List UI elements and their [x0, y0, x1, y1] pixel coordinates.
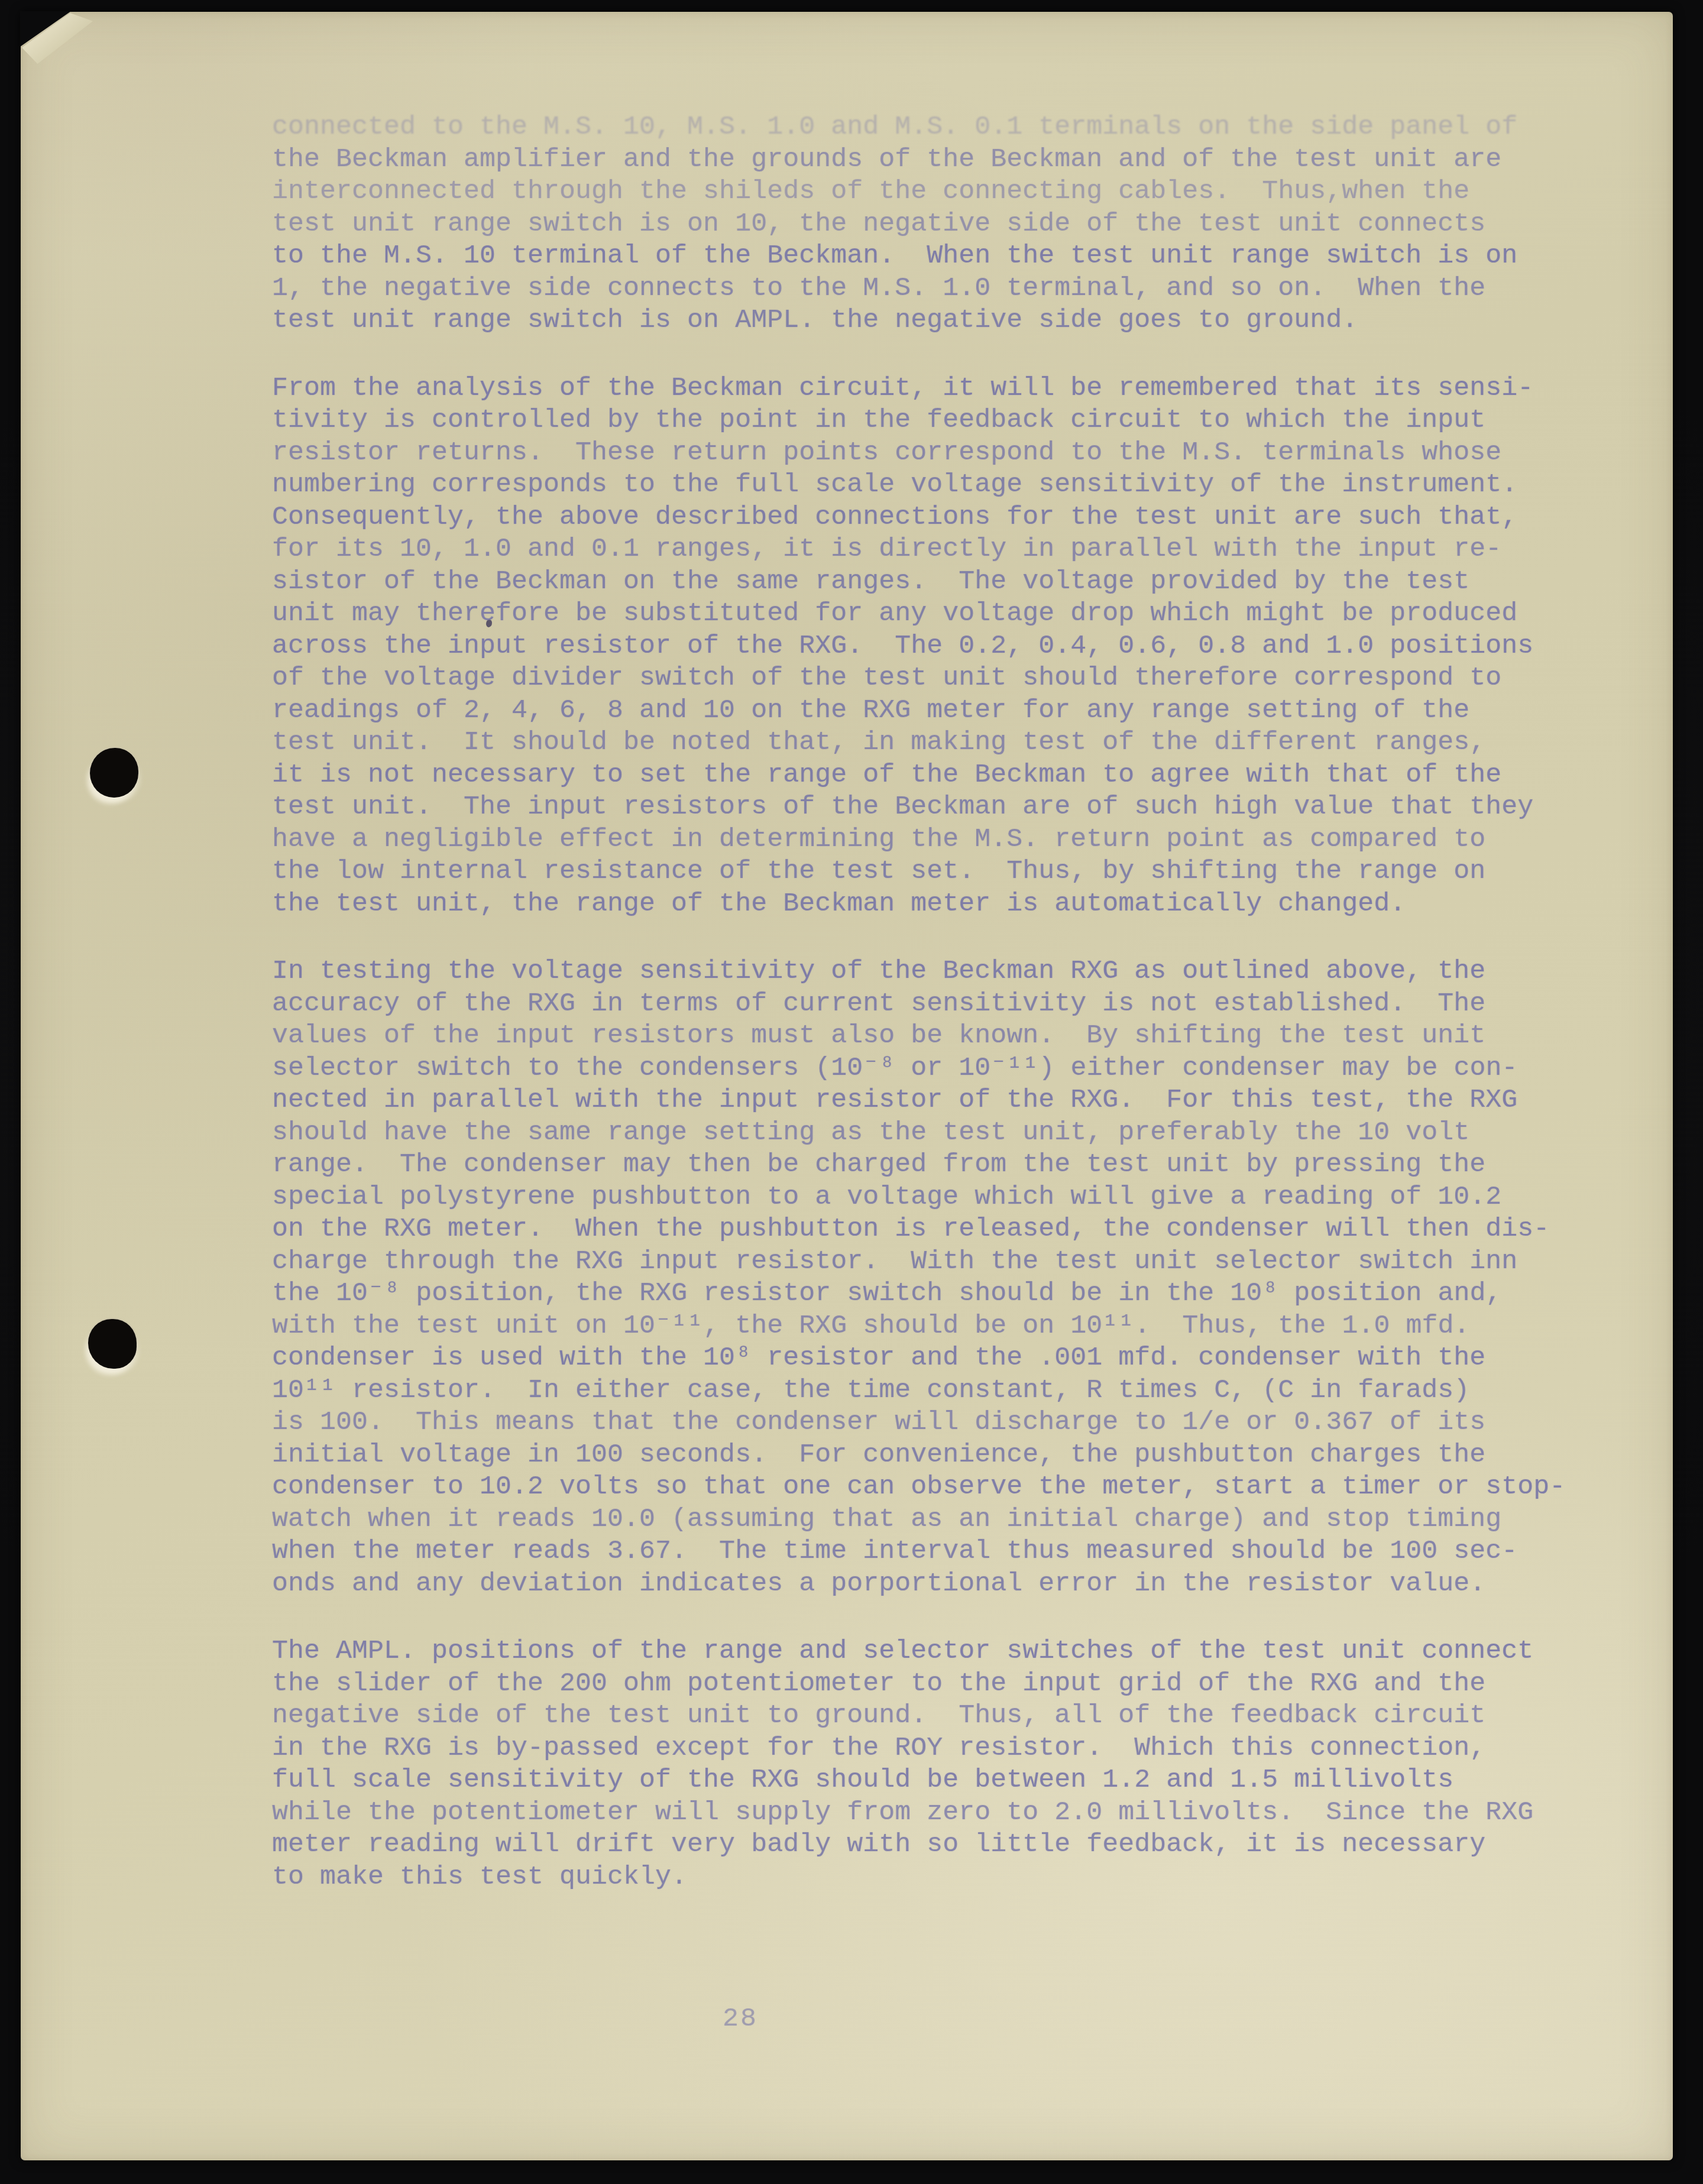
text-line: is 100. This means that the condenser wi… [272, 1407, 1610, 1439]
text-line: test unit range switch is on 10, the neg… [272, 208, 1610, 241]
text-line: it is not necessary to set the range of … [272, 759, 1610, 792]
text-line: From the analysis of the Beckman circuit… [272, 372, 1610, 405]
text-line: interconnected through the shileds of th… [272, 176, 1610, 208]
text-line: accuracy of the RXG in terms of current … [272, 988, 1610, 1020]
document-page: connected to the M.S. 10, M.S. 1.0 and M… [21, 12, 1673, 2160]
text-line: the Beckman amplifier and the grounds of… [272, 144, 1610, 176]
text-line: resistor returns. These return points co… [272, 437, 1610, 469]
text-line: in the RXG is by-passed except for the R… [272, 1732, 1610, 1765]
text-line: on the RXG meter. When the pushbutton is… [272, 1213, 1610, 1246]
text-line: test unit. The input resistors of the Be… [272, 791, 1610, 824]
text-line: the 10⁻⁸ position, the RXG resistor swit… [272, 1278, 1610, 1310]
text-line: initial voltage in 100 seconds. For conv… [272, 1439, 1610, 1472]
text-line: condenser to 10.2 volts so that one can … [272, 1471, 1610, 1503]
text-line: readings of 2, 4, 6, 8 and 10 on the RXG… [272, 695, 1610, 727]
text-line: range. The condenser may then be charged… [272, 1149, 1610, 1181]
punch-hole-bottom [88, 1319, 137, 1369]
text-line: charge through the RXG input resistor. W… [272, 1246, 1610, 1278]
text-line: of the voltage divider switch of the tes… [272, 662, 1610, 695]
text-line: negative side of the test unit to ground… [272, 1700, 1610, 1732]
punch-hole-top [90, 748, 138, 798]
paragraph: In testing the voltage sensitivity of th… [272, 955, 1610, 1600]
text-line: should have the same range setting as th… [272, 1117, 1610, 1149]
text-line: across the input resistor of the RXG. Th… [272, 630, 1610, 663]
text-line: watch when it reads 10.0 (assuming that … [272, 1503, 1610, 1536]
text-line: while the potentiometer will supply from… [272, 1797, 1610, 1829]
text-line: the test unit, the range of the Beckman … [272, 888, 1610, 921]
text-line: when the meter reads 3.67. The time inte… [272, 1535, 1610, 1568]
page-number: 28 [723, 2003, 758, 2035]
text-line: Consequently, the above described connec… [272, 501, 1610, 534]
text-line: meter reading will drift very badly with… [272, 1829, 1610, 1861]
text-line: test unit. It should be noted that, in m… [272, 727, 1610, 759]
text-line: The AMPL. positions of the range and sel… [272, 1635, 1610, 1668]
text-line: connected to the M.S. 10, M.S. 1.0 and M… [272, 111, 1610, 144]
text-line: onds and any deviation indicates a porpo… [272, 1568, 1610, 1600]
paragraph: connected to the M.S. 10, M.S. 1.0 and M… [272, 111, 1610, 337]
paragraph: The AMPL. positions of the range and sel… [272, 1635, 1610, 1893]
text-line: the slider of the 200 ohm potentiometer … [272, 1668, 1610, 1700]
text-line: full scale sensitivity of the RXG should… [272, 1764, 1610, 1797]
text-line: condenser is used with the 10⁸ resistor … [272, 1342, 1610, 1375]
text-line: 1, the negative side connects to the M.S… [272, 273, 1610, 305]
text-line: with the test unit on 10⁻¹¹, the RXG sho… [272, 1310, 1610, 1343]
text-line: nected in parallel with the input resist… [272, 1084, 1610, 1117]
text-line: to make this test quickly. [272, 1861, 1610, 1894]
text-line: have a negligible effect in determining … [272, 824, 1610, 856]
text-line: numbering corresponds to the full scale … [272, 469, 1610, 501]
text-line: the low internal resistance of the test … [272, 856, 1610, 888]
paragraph: From the analysis of the Beckman circuit… [272, 372, 1610, 921]
text-line: for its 10, 1.0 and 0.1 ranges, it is di… [272, 533, 1610, 566]
text-line: values of the input resistors must also … [272, 1020, 1610, 1052]
scanned-document-screenshot: { "scan": { "page_number": "28" }, "colo… [0, 0, 1703, 2184]
text-line: test unit range switch is on AMPL. the n… [272, 304, 1610, 337]
text-line: tivity is controlled by the point in the… [272, 404, 1610, 437]
text-line: In testing the voltage sensitivity of th… [272, 955, 1610, 988]
text-line: to the M.S. 10 terminal of the Beckman. … [272, 240, 1610, 273]
text-line: 10¹¹ resistor. In either case, the time … [272, 1375, 1610, 1407]
text-line: special polystyrene pushbutton to a volt… [272, 1181, 1610, 1214]
text-line: unit may therefore be substituted for an… [272, 598, 1610, 630]
typewritten-text: connected to the M.S. 10, M.S. 1.0 and M… [272, 111, 1610, 1929]
text-line: selector switch to the condensers (10⁻⁸ … [272, 1052, 1610, 1085]
text-line: sistor of the Beckman on the same ranges… [272, 566, 1610, 598]
